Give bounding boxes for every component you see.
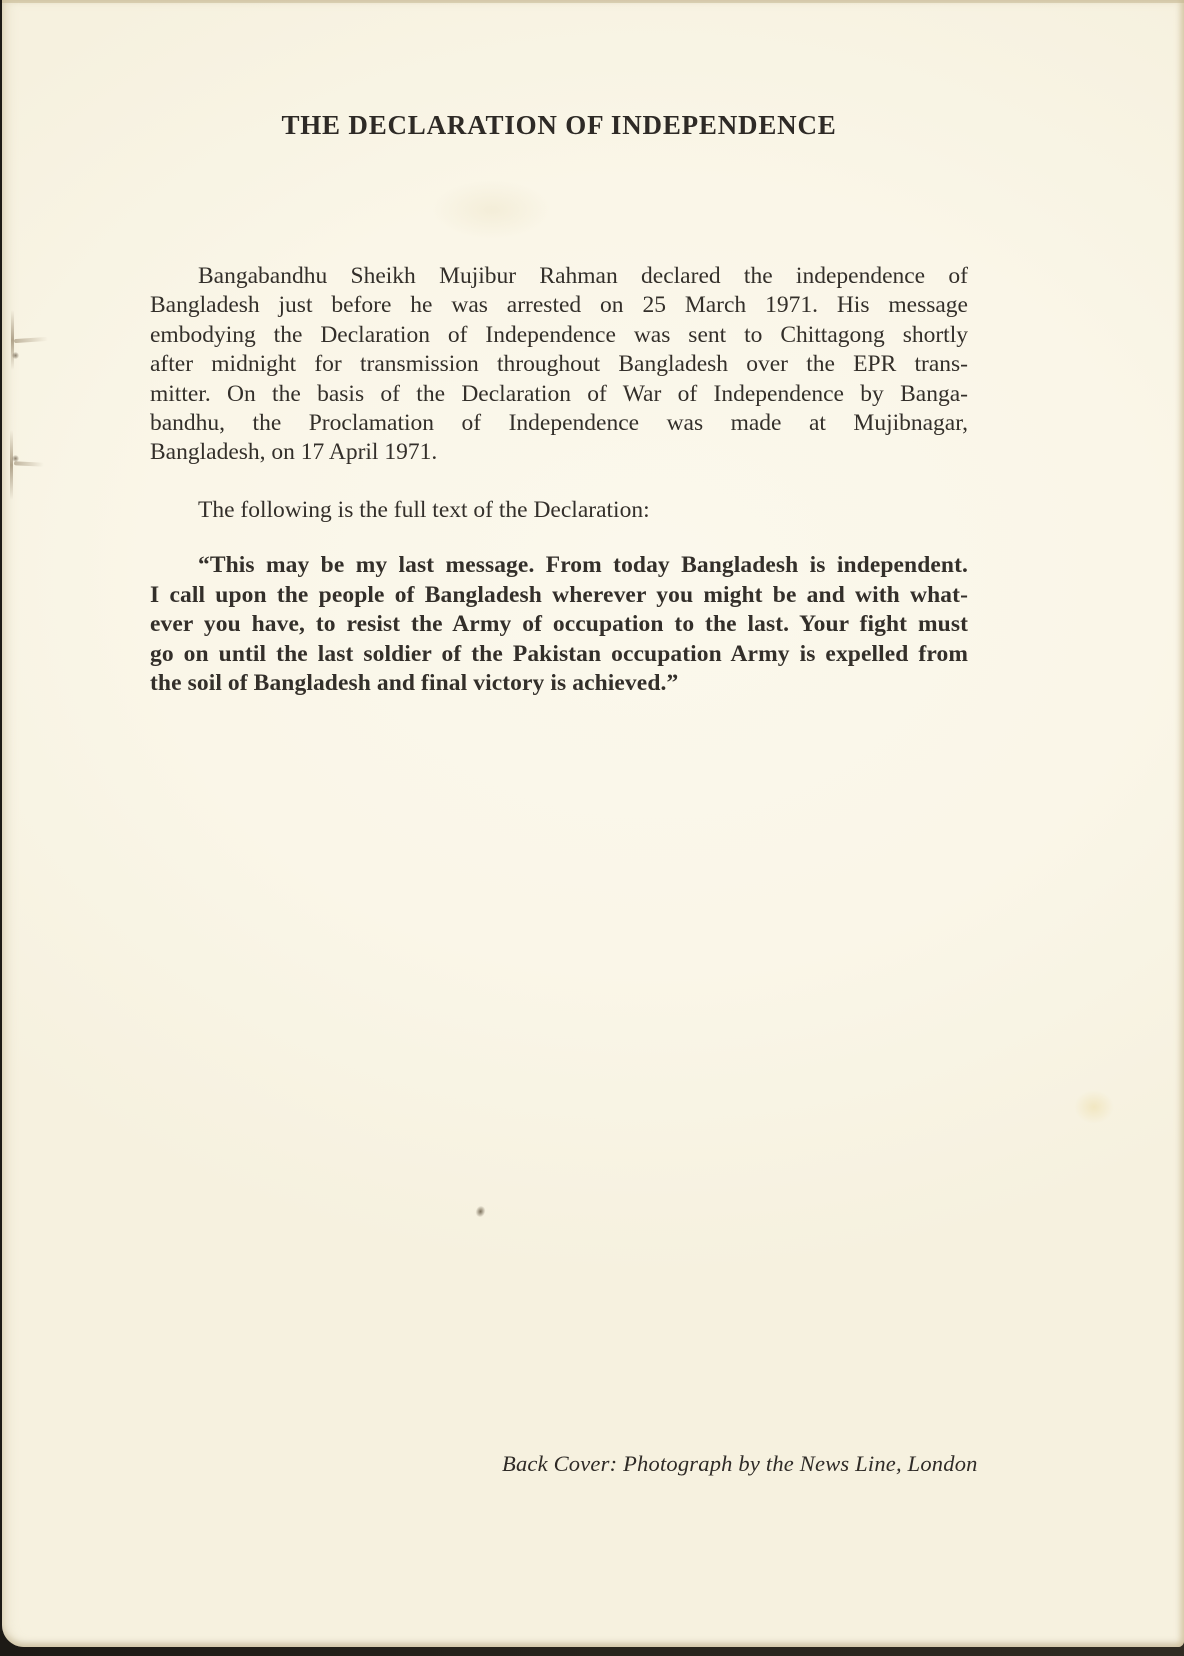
paper-stain <box>1074 1090 1114 1124</box>
ink-speck <box>474 1205 486 1218</box>
binding-stitch-hole <box>12 455 19 462</box>
quote-line: ever you have, to resist the Army of occ… <box>150 610 968 640</box>
paragraph-line: Bangladesh, on 17 April 1971. <box>150 438 968 467</box>
binding-crease <box>14 461 44 467</box>
paragraph-line: Bangladesh just before he was arrested o… <box>150 291 968 320</box>
paragraph-line: The following is the full text of the De… <box>150 496 968 525</box>
quote-line: “This may be my last message. From today… <box>150 551 968 581</box>
binding-stitch-hole <box>12 352 19 359</box>
paragraph-line: bandhu, the Proclamation of Independence… <box>150 409 968 438</box>
binding-crease <box>14 337 48 343</box>
lead-in-sentence: The following is the full text of the De… <box>150 496 968 525</box>
intro-paragraph: Bangabandhu Sheikh Mujibur Rahman declar… <box>150 262 968 468</box>
paper-stain <box>432 180 552 240</box>
scanned-page: THE DECLARATION OF INDEPENDENCE Bangaban… <box>0 0 1184 1656</box>
paragraph-line: mitter. On the basis of the Declaration … <box>150 380 968 409</box>
back-cover-credit: Back Cover: Photograph by the News Line,… <box>502 1451 978 1477</box>
paragraph-line: embodying the Declaration of Independenc… <box>150 321 968 350</box>
book-page: THE DECLARATION OF INDEPENDENCE Bangaban… <box>2 0 1184 1647</box>
paragraph-line: after midnight for transmission througho… <box>150 350 968 379</box>
binding-mark <box>10 430 13 500</box>
quote-line: I call upon the people of Bangladesh whe… <box>150 581 968 611</box>
quote-line: the soil of Bangladesh and final victory… <box>150 669 968 699</box>
paragraph-line: Bangabandhu Sheikh Mujibur Rahman declar… <box>150 262 968 291</box>
quote-line: go on until the last soldier of the Paki… <box>150 640 968 670</box>
declaration-quote: “This may be my last message. From today… <box>150 551 968 699</box>
page-title: THE DECLARATION OF INDEPENDENCE <box>150 110 968 141</box>
